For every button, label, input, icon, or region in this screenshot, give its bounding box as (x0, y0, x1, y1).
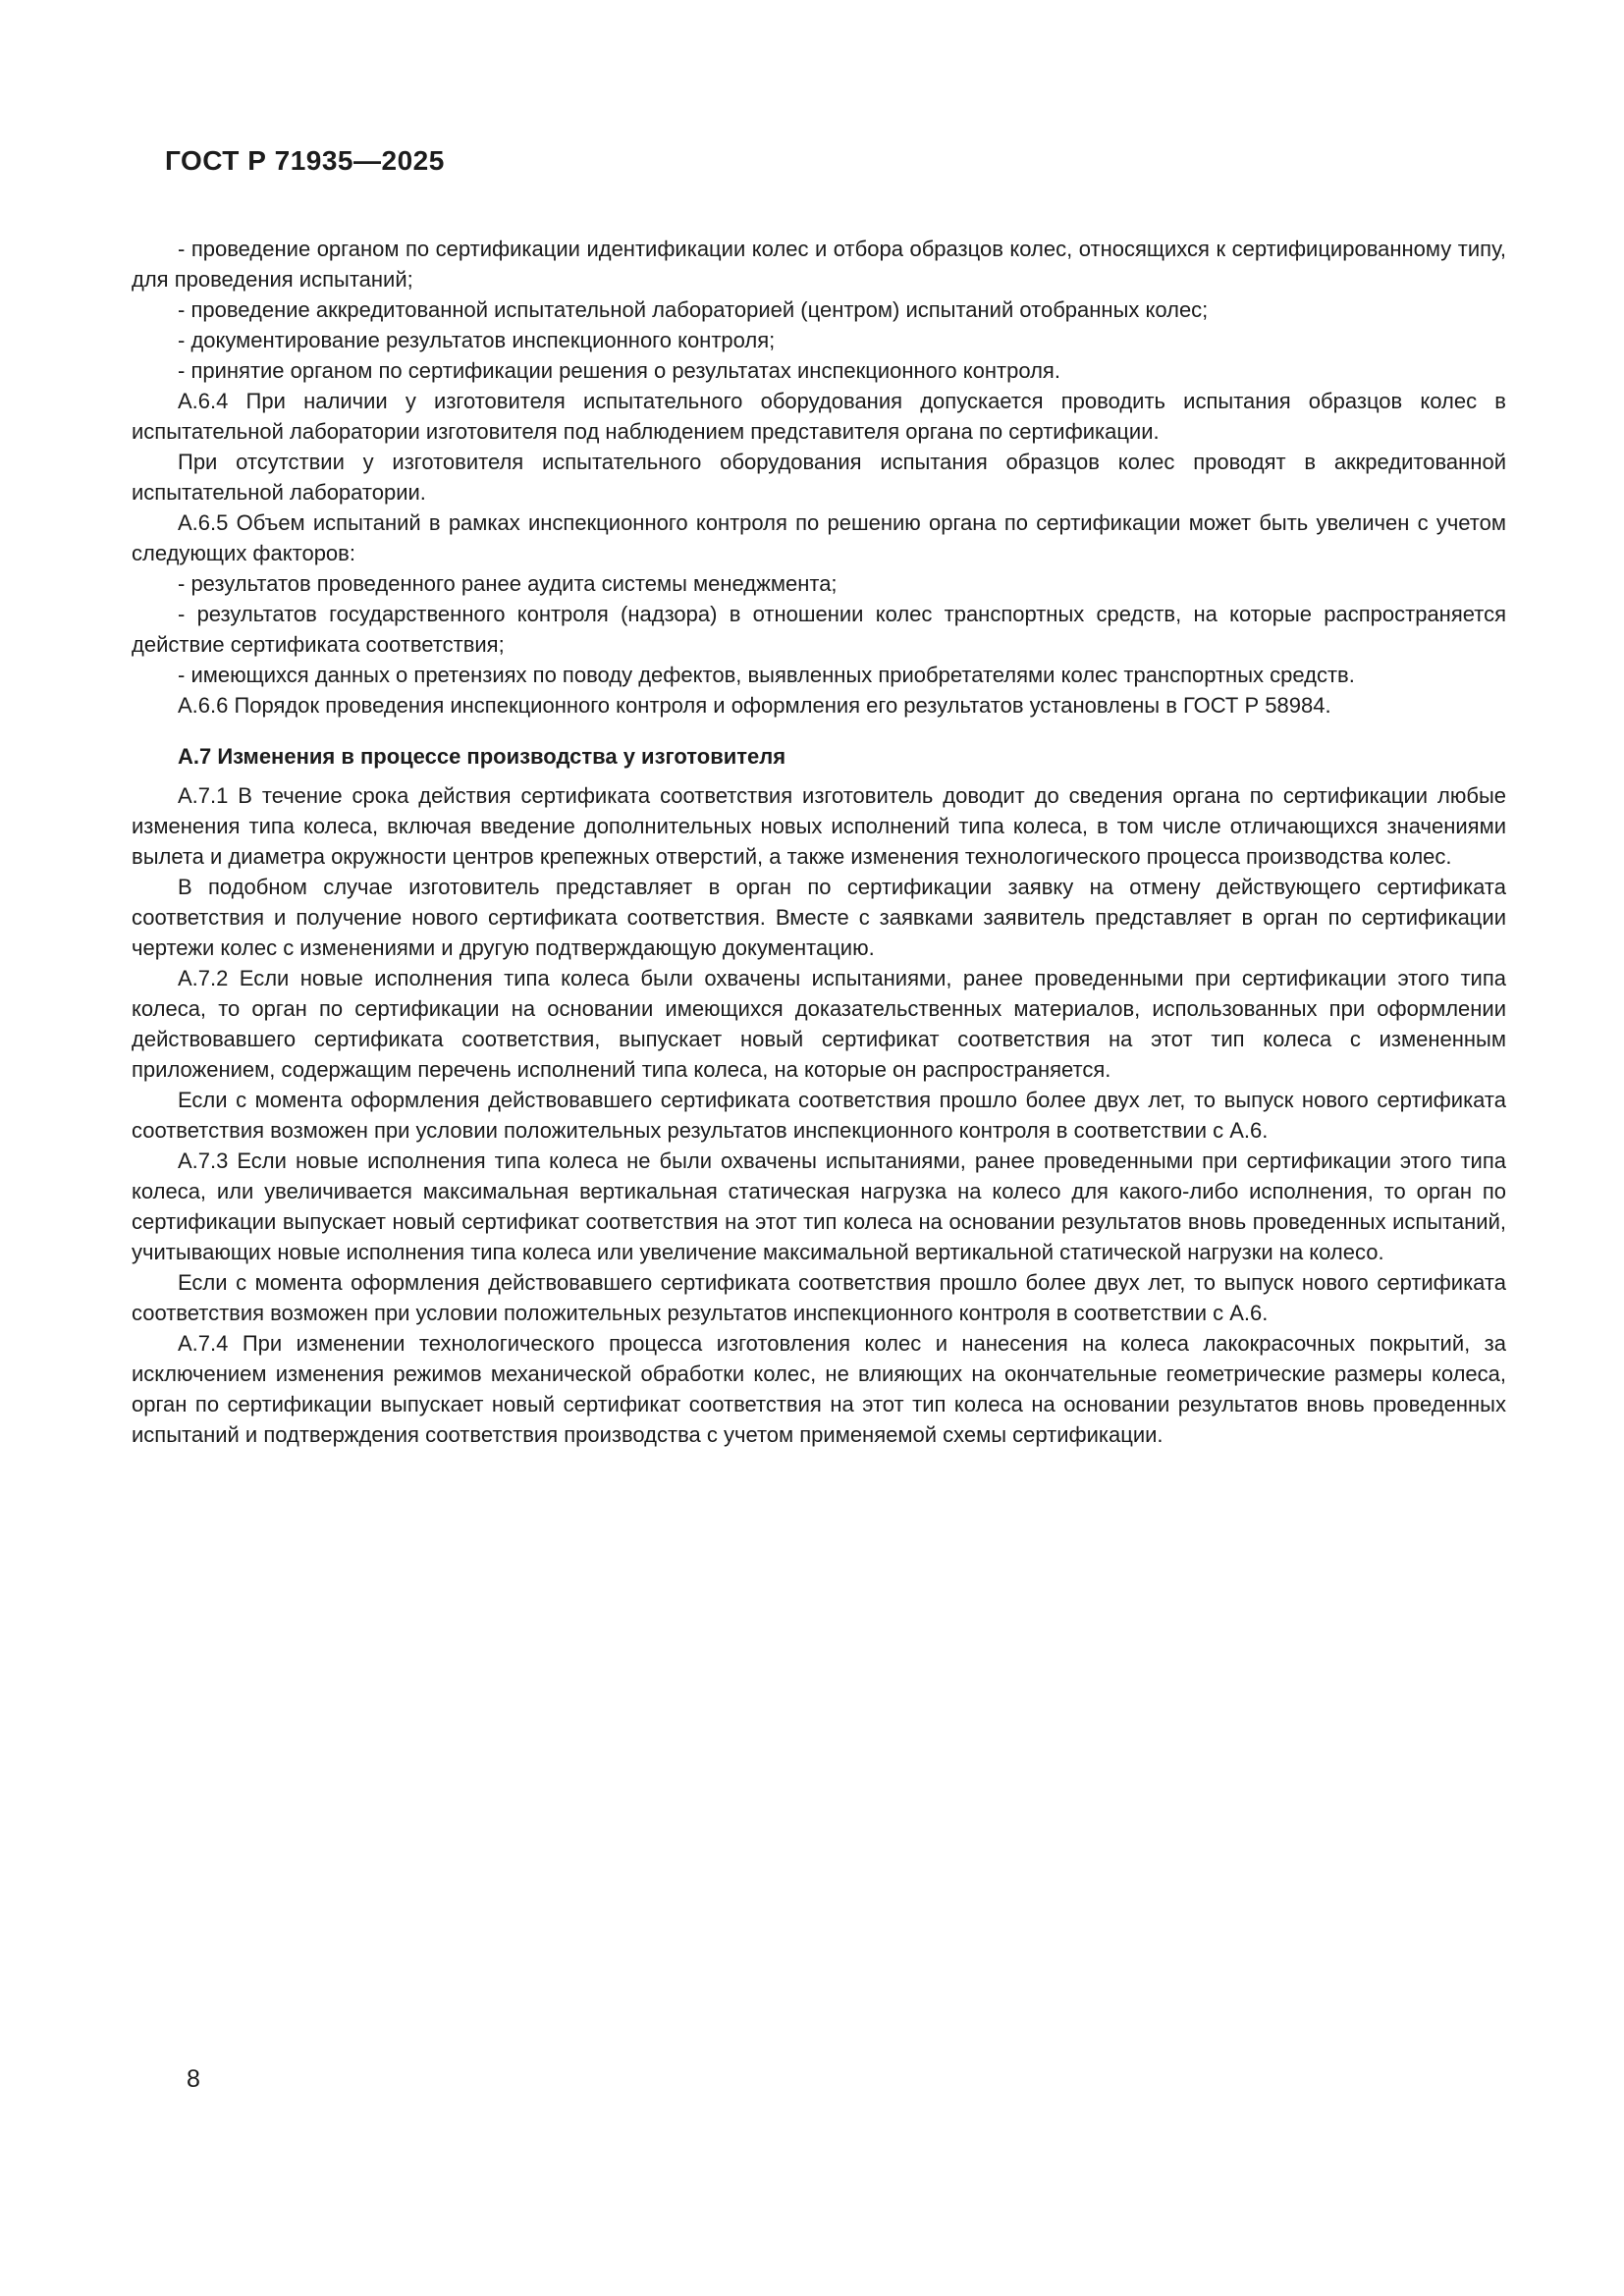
paragraph: - результатов проведенного ранее аудита … (132, 568, 1506, 599)
paragraph: А.6.5 Объем испытаний в рамках инспекцио… (132, 507, 1506, 568)
paragraph: Если с момента оформления действовавшего… (132, 1085, 1506, 1146)
page-header: ГОСТ Р 71935—2025 (165, 145, 445, 177)
section-heading: А.7 Изменения в процессе производства у … (132, 741, 1506, 772)
paragraph: А.6.6 Порядок проведения инспекционного … (132, 690, 1506, 721)
standard-number: ГОСТ Р 71935—2025 (165, 145, 445, 176)
paragraph: А.7.3 Если новые исполнения типа колеса … (132, 1146, 1506, 1267)
page-number: 8 (187, 2065, 200, 2093)
paragraph: - проведение органом по сертификации иде… (132, 234, 1506, 294)
document-body: - проведение органом по сертификации иде… (132, 234, 1506, 1450)
paragraph: В подобном случае изготовитель представл… (132, 872, 1506, 963)
page-footer: 8 (187, 2065, 200, 2094)
paragraph: - принятие органом по сертификации решен… (132, 355, 1506, 386)
paragraph: Если с момента оформления действовавшего… (132, 1267, 1506, 1328)
document-page: ГОСТ Р 71935—2025 - проведение органом п… (0, 0, 1624, 2296)
paragraph: - имеющихся данных о претензиях по повод… (132, 660, 1506, 690)
paragraph: А.7.4 При изменении технологического про… (132, 1328, 1506, 1450)
paragraph: - документирование результатов инспекцио… (132, 325, 1506, 355)
paragraph: А.7.1 В течение срока действия сертифика… (132, 780, 1506, 872)
paragraph: - проведение аккредитованной испытательн… (132, 294, 1506, 325)
paragraph: А.6.4 При наличии у изготовителя испытат… (132, 386, 1506, 447)
paragraph: При отсутствии у изготовителя испытатель… (132, 447, 1506, 507)
paragraph: А.7.2 Если новые исполнения типа колеса … (132, 963, 1506, 1085)
paragraph: - результатов государственного контроля … (132, 599, 1506, 660)
